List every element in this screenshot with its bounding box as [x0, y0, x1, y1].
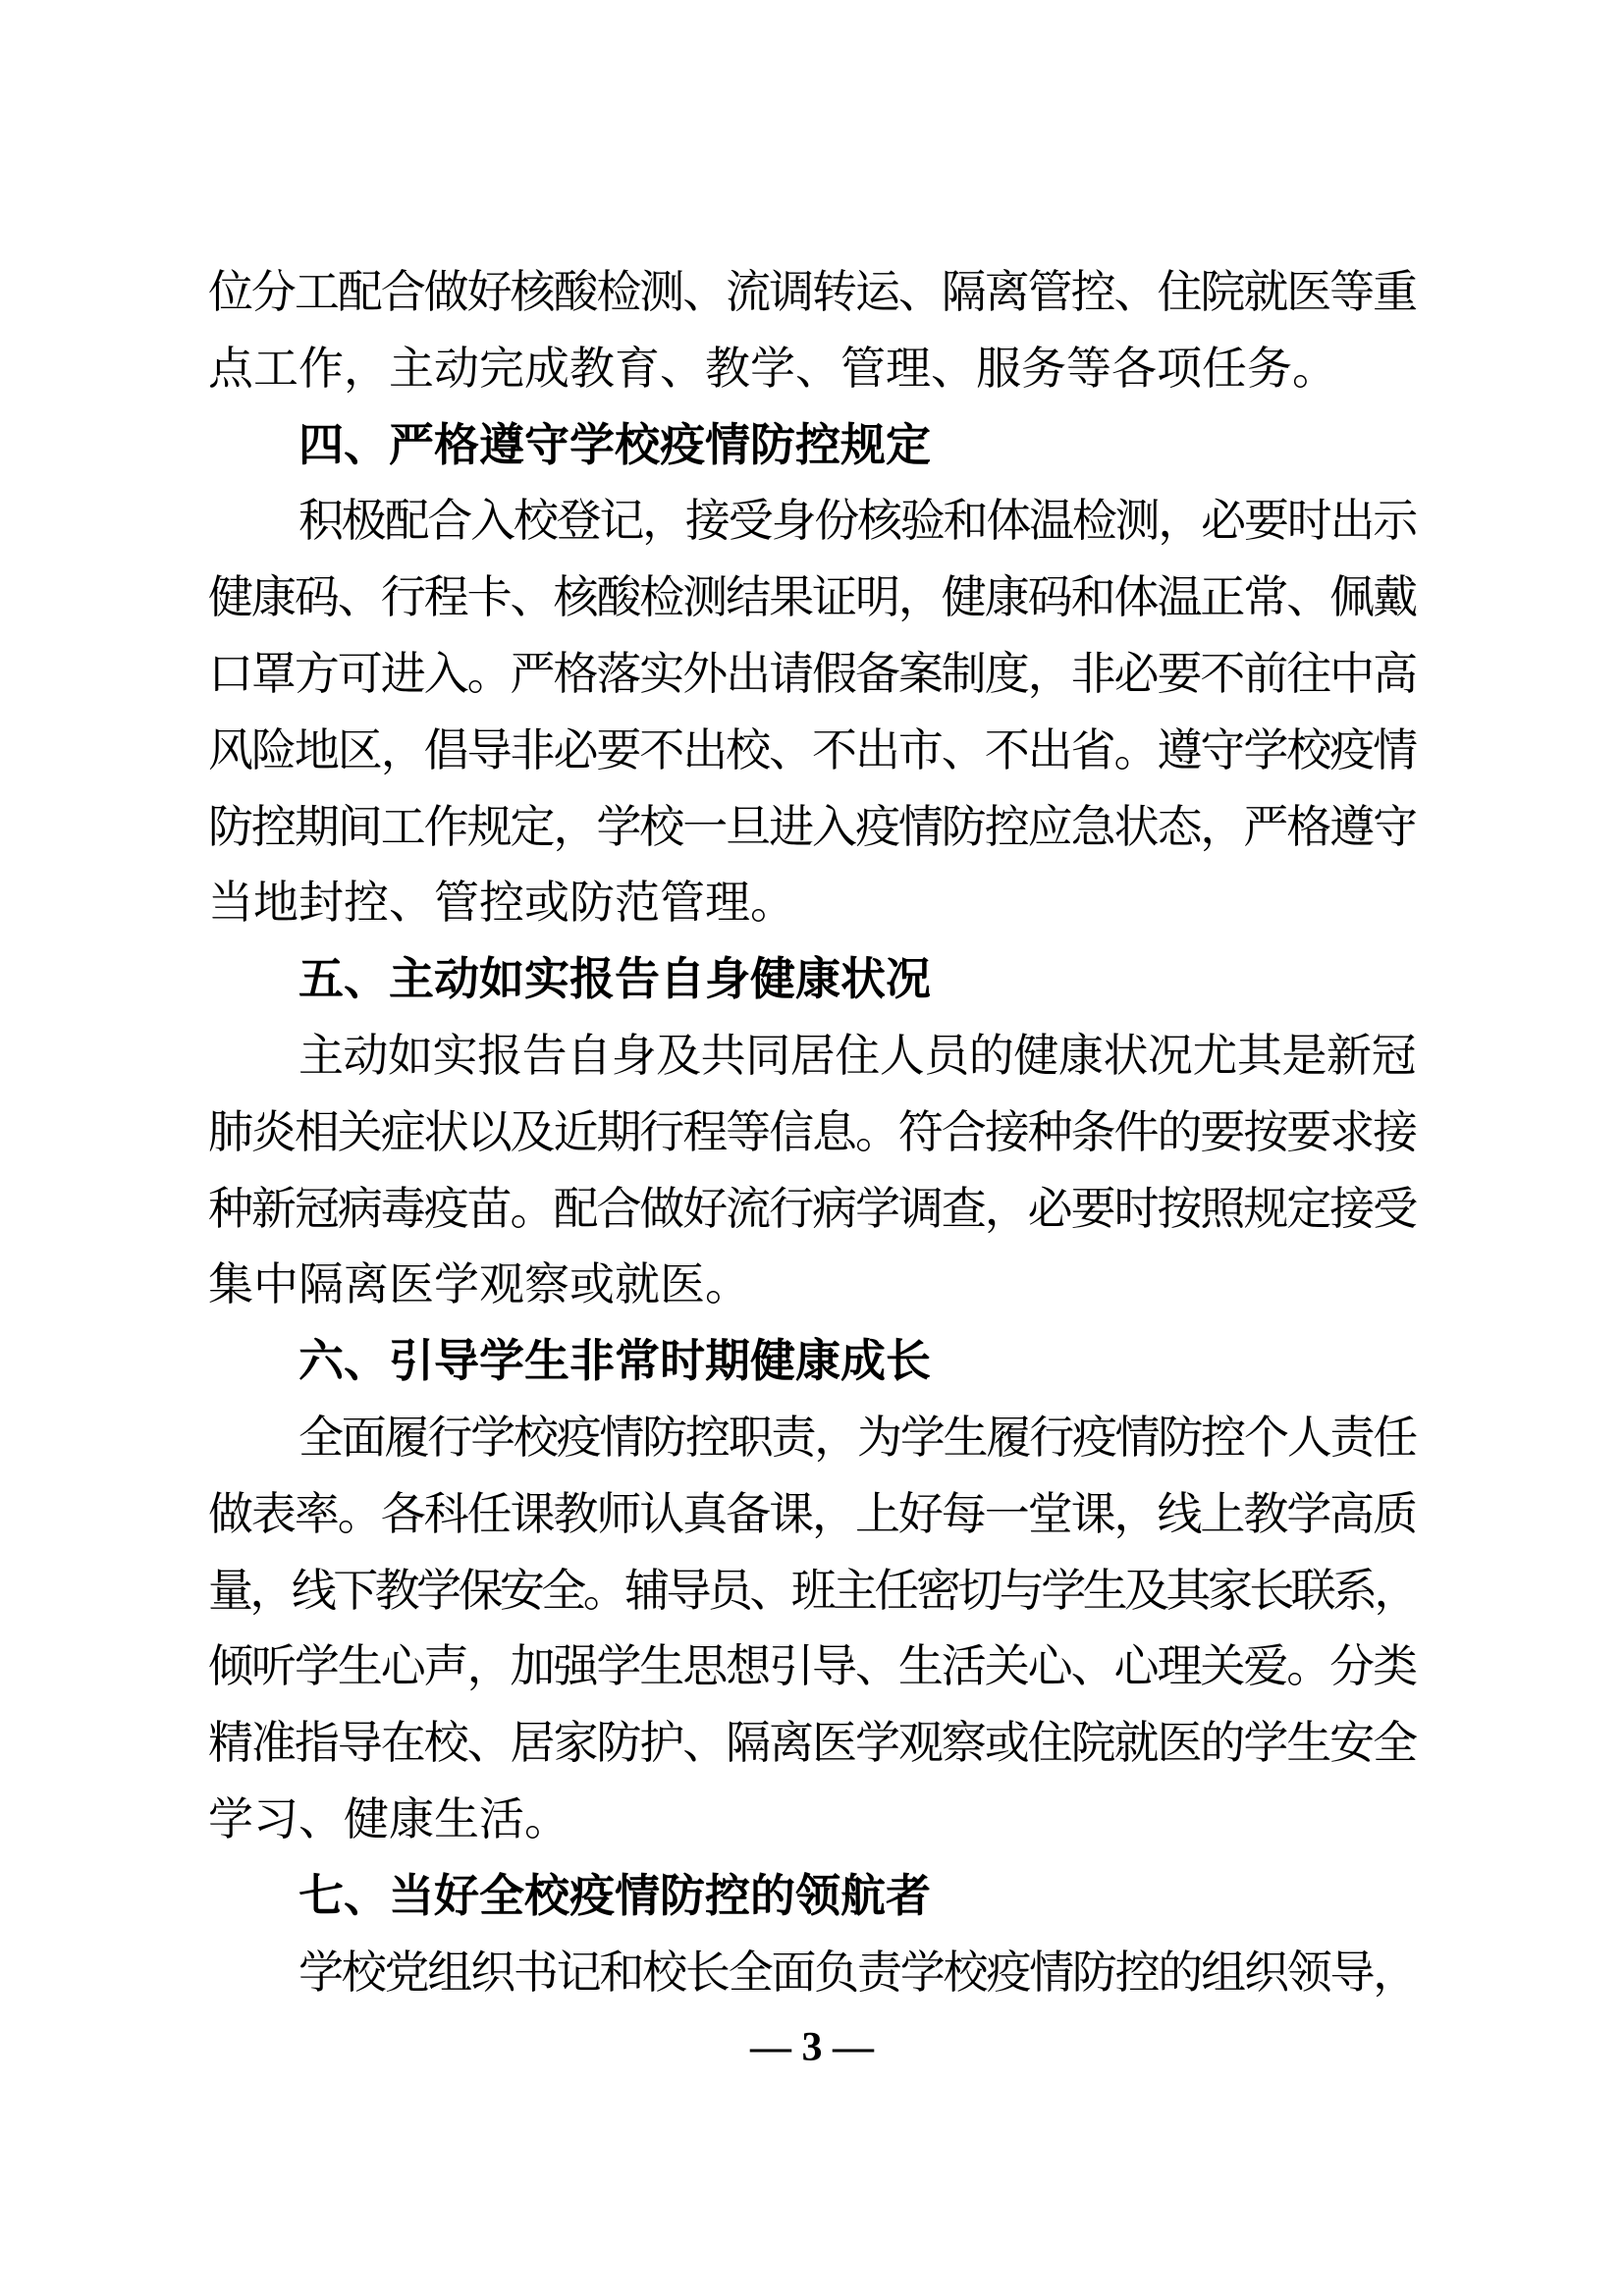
text-line: 位分工配合做好核酸检测、流调转运、隔离管控、住院就医等重: [208, 254, 1416, 331]
text-line: 倾听学生心声，加强学生思想引导、生活关心、心理关爱。分类: [208, 1629, 1416, 1705]
text-line: 主动如实报告自身及共同居住人员的健康状况尤其是新冠: [208, 1018, 1416, 1095]
text-line: 风险地区，倡导非必要不出校、不出市、不出省。遵守学校疫情: [208, 713, 1416, 789]
text-line: 做表率。各科任课教师认真备课，上好每一堂课，线上教学高质: [208, 1476, 1416, 1553]
text-line: 防控期间工作规定，学校一旦进入疫情防控应急状态，严格遵守: [208, 789, 1416, 866]
text-line: 积极配合入校登记，接受身份核验和体温检测，必要时出示: [208, 483, 1416, 560]
text-line: 肺炎相关症状以及近期行程等信息。符合接种条件的要按要求接: [208, 1095, 1416, 1171]
text-line: 精准指导在校、居家防护、隔离医学观察或住院就医的学生安全: [208, 1705, 1416, 1782]
section-heading: 五、主动如实报告自身健康状况: [208, 941, 1416, 1018]
text-line: 种新冠病毒疫苗。配合做好流行病学调查，必要时按照规定接受: [208, 1171, 1416, 1248]
section-heading: 四、严格遵守学校疫情防控规定: [208, 407, 1416, 484]
document-body: 位分工配合做好核酸检测、流调转运、隔离管控、住院就医等重点工作，主动完成教育、教…: [208, 254, 1416, 2010]
text-line: 学习、健康生活。: [208, 1782, 1416, 1858]
text-line: 量，线下教学保安全。辅导员、班主任密切与学生及其家长联系，: [208, 1553, 1416, 1629]
section-heading: 六、引导学生非常时期健康成长: [208, 1323, 1416, 1400]
text-line: 口罩方可进入。严格落实外出请假备案制度，非必要不前往中高: [208, 636, 1416, 713]
page-number: — 3 —: [750, 2025, 874, 2070]
page-footer: — 3 —: [0, 2010, 1624, 2087]
text-line: 学校党组织书记和校长全面负责学校疫情防控的组织领导，: [208, 1935, 1416, 2011]
section-heading: 七、当好全校疫情防控的领航者: [208, 1858, 1416, 1935]
text-line: 点工作，主动完成教育、教学、管理、服务等各项任务。: [208, 331, 1416, 407]
text-line: 集中隔离医学观察或就医。: [208, 1247, 1416, 1323]
document-page: 位分工配合做好核酸检测、流调转运、隔离管控、住院就医等重点工作，主动完成教育、教…: [0, 0, 1624, 2296]
text-line: 当地封控、管控或防范管理。: [208, 865, 1416, 941]
text-line: 健康码、行程卡、核酸检测结果证明，健康码和体温正常、佩戴: [208, 560, 1416, 636]
text-line: 全面履行学校疫情防控职责，为学生履行疫情防控个人责任: [208, 1400, 1416, 1476]
